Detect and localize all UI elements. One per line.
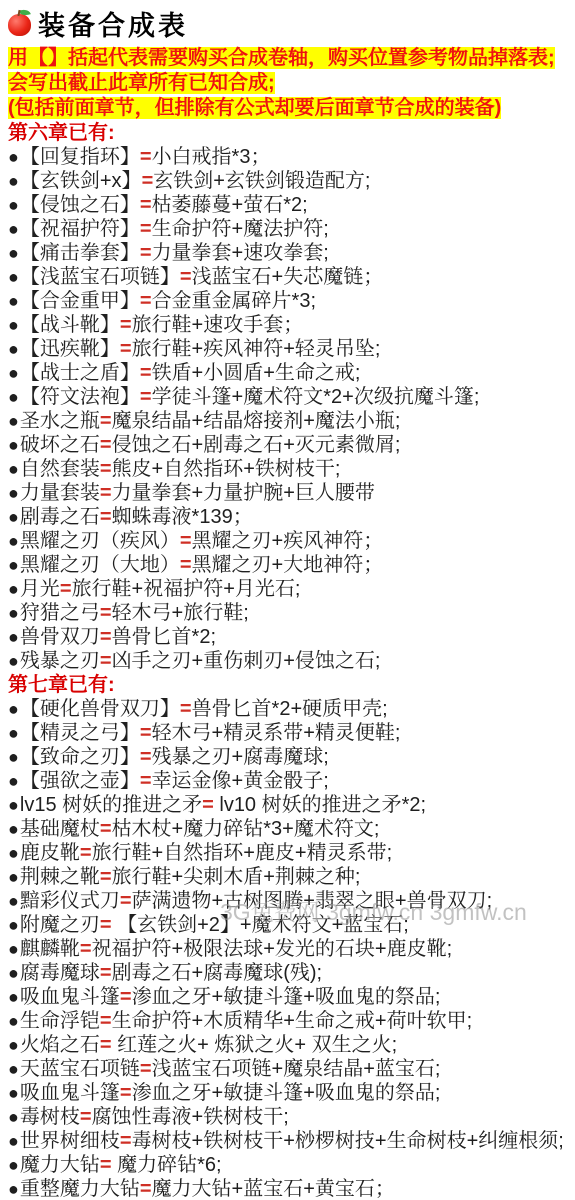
item-recipe: 小白戒指*3； [152, 146, 271, 168]
bullet-icon: ● [8, 315, 20, 335]
bullet-icon: ● [8, 819, 20, 839]
equals-sign: = [140, 770, 152, 792]
bullet-icon: ● [8, 171, 20, 191]
item-recipe: 熊皮+自然指环+铁树枝干; [112, 458, 341, 480]
bullet-icon: ● [8, 1131, 20, 1151]
list-item: ●黑耀之刃（大地）=黑耀之刃+大地神符； [8, 553, 575, 577]
item-recipe: 幸运金像+黄金骰子; [152, 770, 329, 792]
equals-sign: = [100, 1034, 112, 1056]
item-name: 【侵蚀之石】 [20, 194, 140, 216]
equals-sign: = [120, 1130, 132, 1152]
bullet-icon: ● [8, 195, 20, 215]
bullet-icon: ● [8, 987, 20, 1007]
list-item: ●黑耀之刃（疾风）=黑耀之刃+疾风神符； [8, 529, 575, 553]
item-recipe: 渗血之牙+敏捷斗篷+吸血鬼的祭品; [132, 1082, 441, 1104]
item-name: 【回复指环】 [20, 146, 140, 168]
equals-sign: = [100, 482, 112, 504]
bullet-icon: ● [8, 531, 20, 551]
item-recipe: 凶手之刃+重伤刺刃+侵蚀之石; [112, 650, 381, 672]
equals-sign: = [142, 170, 154, 192]
equals-sign: = [140, 242, 152, 264]
item-name: 圣水之瓶 [20, 410, 100, 432]
list-item: ●【致命之刃】=残暴之刃+腐毒魔球; [8, 745, 575, 769]
list-item: ●【痛击拳套】=力量拳套+速攻拳套; [8, 241, 575, 265]
equals-sign: = [120, 314, 132, 336]
equals-sign: = [100, 458, 112, 480]
list-item: ●火焰之石= 红莲之火+ 炼狱之火+ 双生之火; [8, 1033, 575, 1057]
bullet-icon: ● [8, 915, 20, 935]
bullet-icon: ● [8, 267, 20, 287]
bullet-icon: ● [8, 147, 20, 167]
list-item: ●毒树枝=腐蚀性毒液+铁树枝干; [8, 1105, 575, 1129]
item-recipe: 萨满遗物+古树图腾+翡翠之眼+兽骨双刀; [132, 890, 493, 912]
list-item: ●破坏之石=侵蚀之石+剧毒之石+灭元素微屑; [8, 433, 575, 457]
equals-sign: = [100, 626, 112, 648]
list-item: ●【祝福护符】=生命护符+魔法护符; [8, 217, 575, 241]
item-recipe: 魔力大钻+蓝宝石+黄宝石； [152, 1178, 395, 1200]
crafting-guide-document: 装备合成表 用【】括起代表需要购买合成卷轴，购买位置参考物品掉落表;会写出截止此… [0, 0, 575, 1200]
equals-sign: = [100, 650, 112, 672]
item-recipe: 生命护符+木质精华+生命之戒+荷叶软甲; [112, 1010, 473, 1032]
bullet-icon: ● [8, 1035, 20, 1055]
bullet-icon: ● [8, 411, 20, 431]
equals-sign: = [180, 266, 192, 288]
item-name: 【玄铁剑+x】 [20, 170, 142, 192]
list-item: ●残暴之刃=凶手之刃+重伤刺刃+侵蚀之石; [8, 649, 575, 673]
equals-sign: = [180, 554, 192, 576]
item-name: 腐毒魔球 [20, 962, 100, 984]
item-recipe: 腐蚀性毒液+铁树枝干; [92, 1106, 289, 1128]
list-item: ●吸血鬼斗篷=渗血之牙+敏捷斗篷+吸血鬼的祭品; [8, 1081, 575, 1105]
item-recipe: 玄铁剑+玄铁剑锻造配方; [153, 170, 370, 192]
bullet-icon: ● [8, 699, 20, 719]
bullet-icon: ● [8, 627, 20, 647]
equals-sign: = [120, 338, 132, 360]
item-recipe: 学徒斗篷+魔术符文*2+次级抗魔斗篷; [152, 386, 480, 408]
equals-sign: = [100, 506, 112, 528]
item-name: 【迅疾靴】 [20, 338, 120, 360]
item-recipe: 枯木杖+魔力碎钻*3+魔术符文; [112, 818, 380, 840]
list-item: ●吸血鬼斗篷=渗血之牙+敏捷斗篷+吸血鬼的祭品; [8, 985, 575, 1009]
list-item: ●兽骨双刀=兽骨匕首*2; [8, 625, 575, 649]
item-name: 麒麟靴 [20, 938, 80, 960]
item-name: 【硬化兽骨双刀】 [20, 698, 180, 720]
equals-sign: = [100, 434, 112, 456]
bullet-icon: ● [8, 723, 20, 743]
equals-sign: = [80, 1106, 92, 1128]
list-item: ●自然套装=熊皮+自然指环+铁树枝干; [8, 457, 575, 481]
list-item: ●力量套装=力量拳套+力量护腕+巨人腰带 [8, 481, 575, 505]
list-item: ●【回复指环】=小白戒指*3； [8, 145, 575, 169]
bullet-icon: ● [8, 1107, 20, 1127]
item-recipe: 旅行鞋+尖刺木盾+荆棘之种; [112, 866, 361, 888]
bullet-icon: ● [8, 459, 20, 479]
bullet-icon: ● [8, 507, 20, 527]
list-item: ●【合金重甲】=合金重金属碎片*3; [8, 289, 575, 313]
equals-sign: = [180, 698, 192, 720]
list-item: ●【强欲之壶】=幸运金像+黄金骰子; [8, 769, 575, 793]
item-recipe: 祝福护符+极限法球+发光的石块+鹿皮靴; [92, 938, 453, 960]
equals-sign: = [100, 1010, 112, 1032]
bullet-icon: ● [8, 387, 20, 407]
bullet-icon: ● [8, 1179, 20, 1199]
item-recipe: 兽骨匕首*2+硬质甲壳; [192, 698, 388, 720]
item-name: 基础魔杖 [20, 818, 100, 840]
item-name: 【符文法袍】 [20, 386, 140, 408]
equals-sign: = [140, 1058, 152, 1080]
notice-line: 用【】括起代表需要购买合成卷轴，购买位置参考物品掉落表; [8, 46, 575, 71]
list-item: ●【迅疾靴】=旅行鞋+疾风神符+轻灵吊坠; [8, 337, 575, 361]
list-item: ●lv15 树妖的推进之矛= lv10 树妖的推进之矛*2; [8, 793, 575, 817]
sections-container: 第六章已有:●【回复指环】=小白戒指*3；●【玄铁剑+x】=玄铁剑+玄铁剑锻造配… [8, 121, 575, 1200]
equals-sign: = [140, 386, 152, 408]
list-item: ●腐毒魔球=剧毒之石+腐毒魔球(残); [8, 961, 575, 985]
bullet-icon: ● [8, 555, 20, 575]
list-item: ●狩猎之弓=轻木弓+旅行鞋; [8, 601, 575, 625]
item-recipe: 黑耀之刃+大地神符； [192, 554, 384, 576]
bullet-icon: ● [8, 243, 20, 263]
section-header: 第七章已有: [8, 673, 575, 697]
item-name: 吸血鬼斗篷 [20, 986, 120, 1008]
item-name: 魔力大钻 [20, 1154, 100, 1176]
list-item: ●【浅蓝宝石项链】=浅蓝宝石+失芯魔链； [8, 265, 575, 289]
list-item: ●附魔之刃= 【玄铁剑+2】+魔术符文+蓝宝石; [8, 913, 575, 937]
list-item: ●【玄铁剑+x】=玄铁剑+玄铁剑锻造配方; [8, 169, 575, 193]
item-recipe: 合金重金属碎片*3; [152, 290, 316, 312]
item-name: 剧毒之石 [20, 506, 100, 528]
item-recipe: 枯萎藤蔓+萤石*2; [152, 194, 308, 216]
item-recipe: 毒树枝+铁树枝干+桫椤树技+生命树枝+纠缠根须; [132, 1130, 564, 1152]
item-recipe: 蜘蛛毒液*139； [112, 506, 253, 528]
bullet-icon: ● [8, 939, 20, 959]
item-name: 黑耀之刃（大地） [20, 554, 180, 576]
apple-stem-icon [17, 9, 20, 15]
section-header: 第六章已有: [8, 121, 575, 145]
item-name: 黑耀之刃（疾风） [20, 530, 180, 552]
list-item: ●月光=旅行鞋+祝福护符+月光石; [8, 577, 575, 601]
bullet-icon: ● [8, 435, 20, 455]
bullet-icon: ● [8, 219, 20, 239]
list-item: ●基础魔杖=枯木杖+魔力碎钻*3+魔术符文; [8, 817, 575, 841]
item-recipe: 旅行鞋+速攻手套； [132, 314, 304, 336]
list-item: ●【侵蚀之石】=枯萎藤蔓+萤石*2; [8, 193, 575, 217]
equals-sign: = [100, 914, 112, 936]
equals-sign: = [120, 986, 132, 1008]
equals-sign: = [140, 722, 152, 744]
item-name: 火焰之石 [20, 1034, 100, 1056]
equals-sign: = [140, 146, 152, 168]
item-recipe: 轻木弓+精灵系带+精灵便鞋; [152, 722, 401, 744]
item-name: 【浅蓝宝石项链】 [20, 266, 180, 288]
item-recipe: 轻木弓+旅行鞋; [112, 602, 249, 624]
notice-line: 会写出截止此章所有已知合成; [8, 71, 575, 96]
bullet-icon: ● [8, 747, 20, 767]
item-recipe: 魔泉结晶+结晶熔接剂+魔法小瓶; [112, 410, 401, 432]
equals-sign: = [140, 1178, 152, 1200]
list-item: ●黯彩仪式刀=萨满遗物+古树图腾+翡翠之眼+兽骨双刀; [8, 889, 575, 913]
equals-sign: = [202, 794, 214, 816]
item-recipe: 浅蓝宝石+失芯魔链； [192, 266, 384, 288]
item-name: lv15 树妖的推进之矛 [20, 794, 202, 816]
item-name: 狩猎之弓 [20, 602, 100, 624]
bullet-icon: ● [8, 291, 20, 311]
item-name: 重整魔力大钻 [20, 1178, 140, 1200]
item-name: 破坏之石 [20, 434, 100, 456]
item-recipe: 剧毒之石+腐毒魔球(残); [112, 962, 323, 984]
bullet-icon: ● [8, 1059, 20, 1079]
list-item: ●【符文法袍】=学徒斗篷+魔术符文*2+次级抗魔斗篷; [8, 385, 575, 409]
list-item: ●麒麟靴=祝福护符+极限法球+发光的石块+鹿皮靴; [8, 937, 575, 961]
item-name: 【战斗靴】 [20, 314, 120, 336]
list-item: ●【战士之盾】=铁盾+小圆盾+生命之戒; [8, 361, 575, 385]
equals-sign: = [140, 746, 152, 768]
equals-sign: = [80, 938, 92, 960]
equals-sign: = [140, 218, 152, 240]
bullet-icon: ● [8, 651, 20, 671]
item-name: 月光 [20, 578, 60, 600]
list-item: ●世界树细枝=毒树枝+铁树枝干+桫椤树技+生命树枝+纠缠根须; [8, 1129, 575, 1153]
bullet-icon: ● [8, 579, 20, 599]
bullet-icon: ● [8, 363, 20, 383]
equals-sign: = [120, 890, 132, 912]
notice-block: 用【】括起代表需要购买合成卷轴，购买位置参考物品掉落表;会写出截止此章所有已知合… [8, 46, 575, 121]
list-item: ●【精灵之弓】=轻木弓+精灵系带+精灵便鞋; [8, 721, 575, 745]
item-name: 兽骨双刀 [20, 626, 100, 648]
list-item: ●【战斗靴】=旅行鞋+速攻手套； [8, 313, 575, 337]
notice-highlight-text: (包括前面章节，但排除有公式却要后面章节合成的装备) [8, 97, 501, 119]
item-recipe: 旅行鞋+疾风神符+轻灵吊坠; [132, 338, 381, 360]
list-item: ●重整魔力大钻=魔力大钻+蓝宝石+黄宝石； [8, 1177, 575, 1200]
item-name: 生命浮铠 [20, 1010, 100, 1032]
item-name: 鹿皮靴 [20, 842, 80, 864]
item-name: 天蓝宝石项链 [20, 1058, 140, 1080]
bullet-icon: ● [8, 963, 20, 983]
item-recipe: 浅蓝宝石项链+魔泉结晶+蓝宝石; [152, 1058, 441, 1080]
bullet-icon: ● [8, 603, 20, 623]
item-name: 附魔之刃 [20, 914, 100, 936]
item-name: 【痛击拳套】 [20, 242, 140, 264]
bullet-icon: ● [8, 843, 20, 863]
equals-sign: = [180, 530, 192, 552]
item-name: 力量套装 [20, 482, 100, 504]
list-item: ●魔力大钻= 魔力碎钻*6; [8, 1153, 575, 1177]
item-name: 【祝福护符】 [20, 218, 140, 240]
bullet-icon: ● [8, 1155, 20, 1175]
item-recipe: 【玄铁剑+2】+魔术符文+蓝宝石; [112, 914, 409, 936]
item-name: 【致命之刃】 [20, 746, 140, 768]
item-name: 自然套装 [20, 458, 100, 480]
item-recipe: 侵蚀之石+剧毒之石+灭元素微屑; [112, 434, 401, 456]
equals-sign: = [100, 1154, 112, 1176]
equals-sign: = [80, 842, 92, 864]
equals-sign: = [140, 194, 152, 216]
item-name: 【精灵之弓】 [20, 722, 140, 744]
page-title: 装备合成表 [8, 8, 575, 38]
item-name: 【强欲之壶】 [20, 770, 140, 792]
bullet-icon: ● [8, 771, 20, 791]
item-recipe: 残暴之刃+腐毒魔球; [152, 746, 329, 768]
equals-sign: = [140, 362, 152, 384]
equals-sign: = [100, 866, 112, 888]
item-name: 世界树细枝 [20, 1130, 120, 1152]
equals-sign: = [60, 578, 72, 600]
bullet-icon: ● [8, 795, 20, 815]
item-recipe: 黑耀之刃+疾风神符； [192, 530, 384, 552]
notice-line: (包括前面章节，但排除有公式却要后面章节合成的装备) [8, 96, 575, 121]
notice-highlight-text: 用【】括起代表需要购买合成卷轴，购买位置参考物品掉落表; [8, 47, 555, 69]
item-name: 【战士之盾】 [20, 362, 140, 384]
item-name: 毒树枝 [20, 1106, 80, 1128]
item-recipe: 力量拳套+速攻拳套; [152, 242, 329, 264]
item-name: 荆棘之靴 [20, 866, 100, 888]
bullet-icon: ● [8, 867, 20, 887]
list-item: ●剧毒之石=蜘蛛毒液*139； [8, 505, 575, 529]
list-item: ●【硬化兽骨双刀】=兽骨匕首*2+硬质甲壳; [8, 697, 575, 721]
equals-sign: = [100, 818, 112, 840]
list-item: ●圣水之瓶=魔泉结晶+结晶熔接剂+魔法小瓶; [8, 409, 575, 433]
item-recipe: 旅行鞋+自然指环+鹿皮+精灵系带; [92, 842, 393, 864]
bullet-icon: ● [8, 891, 20, 911]
item-name: 残暴之刃 [20, 650, 100, 672]
item-recipe: 铁盾+小圆盾+生命之戒; [152, 362, 361, 384]
apple-icon [8, 14, 31, 36]
item-recipe: 兽骨匕首*2; [112, 626, 216, 648]
item-name: 【合金重甲】 [20, 290, 140, 312]
equals-sign: = [140, 290, 152, 312]
equals-sign: = [120, 1082, 132, 1104]
list-item: ●生命浮铠=生命护符+木质精华+生命之戒+荷叶软甲; [8, 1009, 575, 1033]
list-item: ●鹿皮靴=旅行鞋+自然指环+鹿皮+精灵系带; [8, 841, 575, 865]
item-recipe: lv10 树妖的推进之矛*2; [214, 794, 426, 816]
bullet-icon: ● [8, 1011, 20, 1031]
page-title-text: 装备合成表 [38, 4, 188, 43]
bullet-icon: ● [8, 483, 20, 503]
equals-sign: = [100, 962, 112, 984]
item-recipe: 魔力碎钻*6; [112, 1154, 222, 1176]
notice-highlight-text: 会写出截止此章所有已知合成; [8, 72, 275, 94]
item-name: 黯彩仪式刀 [20, 890, 120, 912]
item-recipe: 渗血之牙+敏捷斗篷+吸血鬼的祭品; [132, 986, 441, 1008]
item-name: 吸血鬼斗篷 [20, 1082, 120, 1104]
bullet-icon: ● [8, 1083, 20, 1103]
item-recipe: 红莲之火+ 炼狱之火+ 双生之火; [112, 1034, 398, 1056]
bullet-icon: ● [8, 339, 20, 359]
equals-sign: = [100, 602, 112, 624]
item-recipe: 力量拳套+力量护腕+巨人腰带 [112, 482, 375, 504]
equals-sign: = [100, 410, 112, 432]
list-item: ●天蓝宝石项链=浅蓝宝石项链+魔泉结晶+蓝宝石; [8, 1057, 575, 1081]
item-recipe: 旅行鞋+祝福护符+月光石; [72, 578, 301, 600]
list-item: ●荆棘之靴=旅行鞋+尖刺木盾+荆棘之种; [8, 865, 575, 889]
item-recipe: 生命护符+魔法护符; [152, 218, 329, 240]
